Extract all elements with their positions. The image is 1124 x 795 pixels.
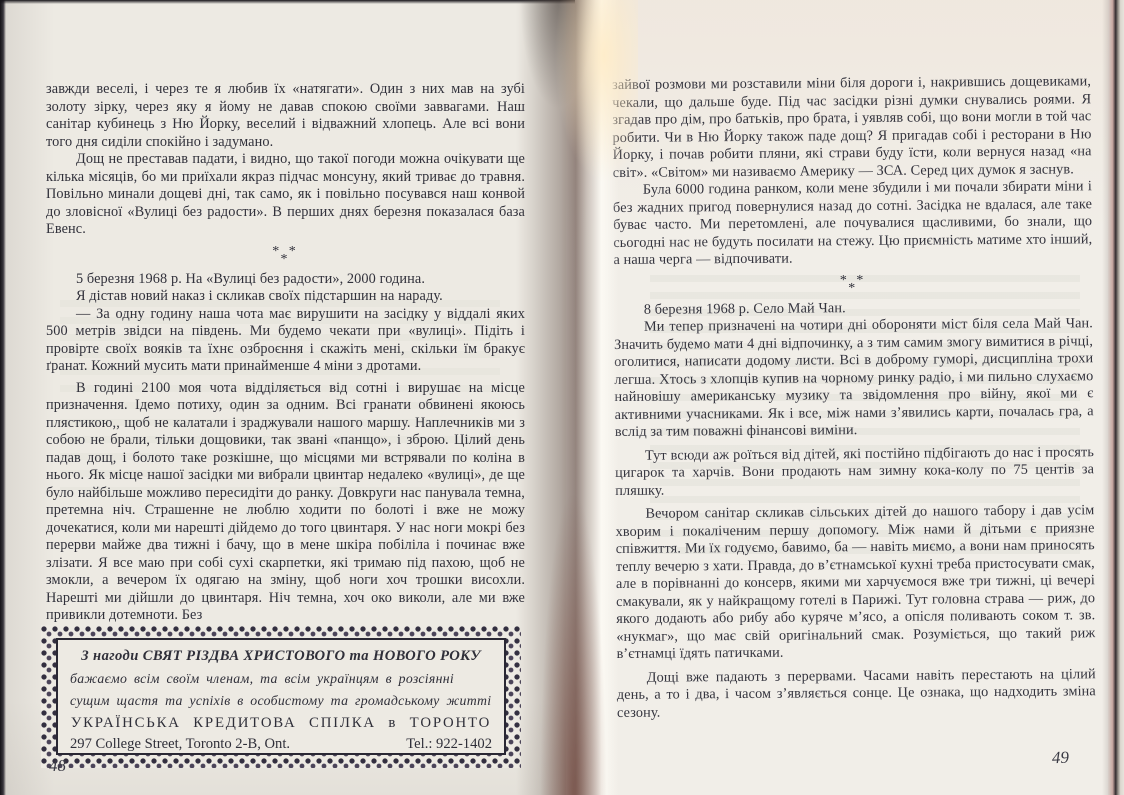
paragraph: Дощ не преставав падати, і видно, що так… xyxy=(46,151,525,239)
paragraph: Була 6000 година ранком, коли мене збуди… xyxy=(613,178,1093,269)
page-number: 48 xyxy=(49,756,66,776)
page-number: 49 xyxy=(1052,748,1070,769)
paragraph: Вечором санітар скликав сільських дітей … xyxy=(615,502,1095,663)
paragraph: завжди веселі, і через те я любив їх «на… xyxy=(46,81,525,151)
ad-greeting-line: бажаємо всім своїм членам, та всім украї… xyxy=(70,671,492,687)
paragraph: Я дістав новий наказ і скликав своїх під… xyxy=(46,288,525,306)
ad-phone: Tel.: 922-1402 xyxy=(406,736,492,753)
separator-asterisk-bottom: * xyxy=(46,256,525,264)
section-separator: * * * xyxy=(46,248,525,264)
scan-edge-left xyxy=(0,0,6,795)
paragraph: Дощі вже падають з перервами. Часами нав… xyxy=(617,666,1096,722)
paragraph: — За одну годину наша чота має вирушити … xyxy=(46,306,525,376)
paragraph: зайвої розмови ми розставили міни біля д… xyxy=(612,73,1092,182)
ad-box: З нагоди СВЯТ РІЗДВА ХРИСТОВОГО та НОВОГ… xyxy=(41,625,521,768)
ad-inner-frame: З нагоди СВЯТ РІЗДВА ХРИСТОВОГО та НОВОГ… xyxy=(56,638,506,755)
left-page-text: завжди веселі, і через те я любив їх «на… xyxy=(46,81,525,625)
scan-edge-right xyxy=(1102,0,1124,795)
ad-greeting-line: сущим щастя та успіхів в особистому та г… xyxy=(70,693,492,709)
paragraph: Тут всюди аж роїться від дітей, які пост… xyxy=(615,444,1094,500)
paragraph: Ми тепер призначені на чотири дні оборон… xyxy=(614,315,1094,441)
ad-org-name: УКРАЇНСЬКА КРЕДИТОВА СПІЛКА в ТОРОНТО xyxy=(70,715,492,732)
diary-entry-date: 5 березня 1968 р. На «Вулиці без радости… xyxy=(46,271,525,289)
book-spread-scan: завжди веселі, і через те я любив їх «на… xyxy=(0,0,1124,795)
right-page-text: зайвої розмови ми розставили міни біля д… xyxy=(612,73,1096,722)
scan-edge-top xyxy=(0,0,575,4)
ad-greeting-headline: З нагоди СВЯТ РІЗДВА ХРИСТОВОГО та НОВОГ… xyxy=(70,648,492,665)
ad-address: 297 College Street, Toronto 2-B, Ont. xyxy=(70,736,290,753)
paragraph: В годині 2100 моя чота відділяється від … xyxy=(46,380,525,625)
section-separator: * * * xyxy=(614,275,1093,295)
